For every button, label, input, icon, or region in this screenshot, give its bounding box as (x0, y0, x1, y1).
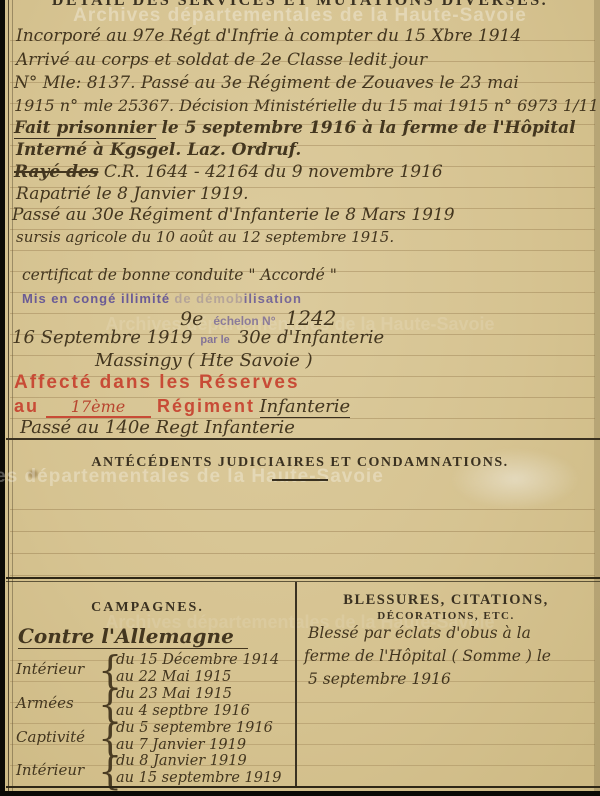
campagne-date-from: du 15 Décembre 1914 (116, 652, 279, 668)
entry-certificat: certificat de bonne conduite " Accordé " (22, 266, 337, 284)
entry-sursis-agricole: sursis agricole du 10 août au 12 septemb… (16, 228, 394, 246)
campagne-date-from: du 23 Mai 1915 (116, 686, 232, 702)
entry-incorporation: Incorporé au 97e Régt d'Infrie à compter… (16, 26, 521, 46)
stamp-echelon: échelon N° (213, 314, 275, 328)
blessure-entry-line1: Blessé par éclats d'obus à la (308, 624, 531, 642)
campagne-label: Intérieur (16, 660, 84, 678)
section-divider (6, 438, 600, 440)
antecedents-title-rule (272, 479, 328, 481)
entry-demob-place: Massingy ( Hte Savoie ) (95, 350, 313, 371)
entry-raye-rest: C.R. 1644 - 42164 du 9 novembre 1916 (98, 162, 442, 182)
regiment-arm-handwritten: Infanterie (260, 396, 351, 418)
entry-demob-date: 16 Septembre 1919 par le 30e d'Infanteri… (12, 327, 384, 348)
scan-edge-left (0, 0, 5, 796)
entry-arrivee-corps: Arrivé au corps et soldat de 2e Classe l… (16, 50, 427, 70)
demob-date: 16 Septembre 1919 (12, 327, 192, 348)
demob-unit: 30e d'Infanterie (238, 327, 384, 348)
stamp-demob-part3: ilisation (244, 291, 302, 306)
entry-passe-140e: Passé au 140e Regt Infanterie (20, 417, 295, 438)
stamp-au: au (14, 396, 39, 416)
entry-rapatrie: Rapatrié le 8 Janvier 1919. (16, 184, 249, 204)
blessures-title-line2: DÉCORATIONS, ETC. (296, 610, 596, 622)
entry-raye-cr: Rayé des C.R. 1644 - 42164 du 9 novembre… (14, 162, 443, 182)
stamp-par-le: par le (200, 334, 229, 346)
antecedents-title: ANTÉCÉDENTS JUDICIAIRES ET CONDAMNATIONS… (0, 455, 600, 471)
campagne-contre: Contre l'Allemagne (18, 624, 248, 649)
margin-rule-outer (8, 0, 9, 796)
page-title: DÉTAIL DES SERVICES ET MUTATIONS DIVERSE… (0, 0, 600, 10)
entry-passe-30e: Passé au 30e Régiment d'Infanterie le 8 … (12, 205, 455, 225)
entry-decision-ministerielle: 1915 n° mle 25367. Décision Ministériell… (14, 96, 599, 115)
scan-edge-bottom (0, 791, 600, 796)
entry-prisonnier-rest: le 5 septembre 1916 à la ferme de l'Hôpi… (156, 118, 576, 138)
margin-rule-inner (12, 0, 13, 796)
campagne-date-to: au 22 Mai 1915 (116, 669, 231, 685)
campagne-label: Intérieur (16, 761, 84, 779)
table-top-rule-2 (6, 581, 600, 582)
campagnes-title: CAMPAGNES. (0, 600, 295, 616)
campagne-date-to: au 4 septbre 1916 (116, 703, 250, 719)
stamp-regiment: Régiment (157, 396, 255, 416)
entry-prisonnier-underlined: Fait prisonnier (14, 118, 156, 139)
stamp-demobilisation: Mis en congé illimité de démobilisation (22, 291, 302, 307)
campagne-date-from: du 8 Janvier 1919 (116, 753, 247, 769)
scan-edge-right (594, 0, 600, 796)
campagne-date-to: au 7 Janvier 1919 (116, 737, 246, 753)
service-record-page: Archives départementales de la Haute-Sav… (0, 0, 600, 796)
stamp-demob-part1: Mis en congé illimité (22, 291, 170, 306)
entry-raye-struck: Rayé des (14, 162, 98, 182)
campagne-label: Captivité (16, 728, 85, 746)
entry-interne: Interné à Kgsgel. Laz. Ordruf. (16, 140, 301, 160)
table-bottom-rule (6, 786, 600, 788)
regiment-number-handwritten: 17ème (46, 397, 151, 418)
campagne-date-to: au 15 septembre 1919 (116, 770, 281, 786)
stamp-affecte-reserves: Affecté dans les Réserves (14, 372, 300, 394)
stamp-au-regiment: au 17ème Régiment Infanterie (14, 396, 350, 418)
paper-spot (28, 470, 38, 478)
entry-fait-prisonnier: Fait prisonnier le 5 septembre 1916 à la… (14, 118, 576, 138)
entry-matricule-zouaves: N° Mle: 8137. Passé au 3e Régiment de Zo… (14, 73, 519, 93)
blessure-entry-line3: 5 septembre 1916 (308, 670, 451, 688)
stamp-demob-part2: de démob (174, 291, 243, 306)
table-top-rule-1 (6, 577, 600, 579)
blessures-title-line1: BLESSURES, CITATIONS, (296, 592, 596, 609)
campagne-label: Armées (16, 694, 74, 712)
campagne-date-from: du 5 septembre 1916 (116, 720, 273, 736)
blessure-entry-line2: ferme de l'Hôpital ( Somme ) le (304, 647, 551, 665)
